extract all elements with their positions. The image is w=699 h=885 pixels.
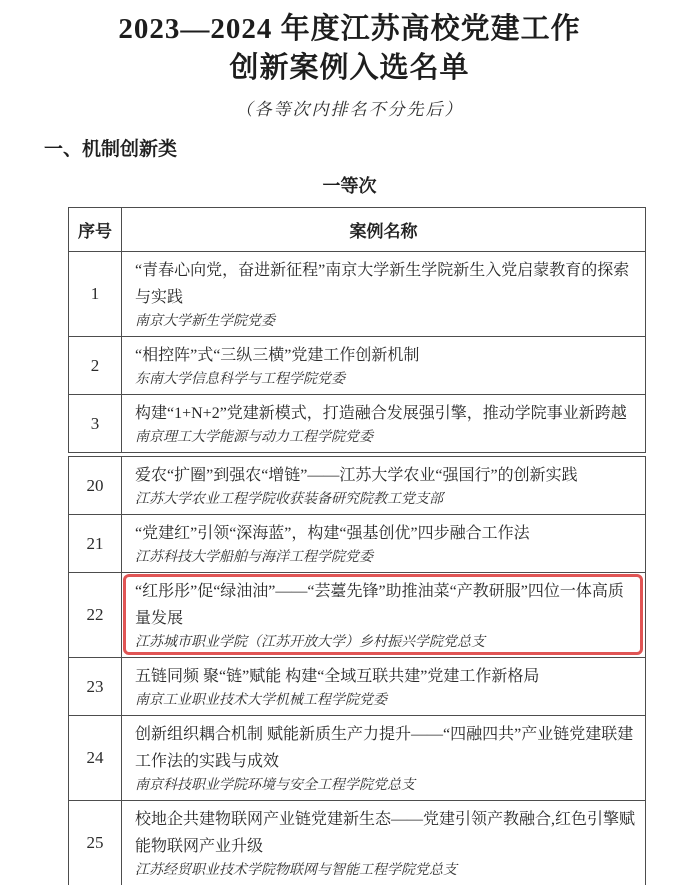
row-no: 25 bbox=[69, 801, 122, 885]
case-title: 爱农“扩圈”到强农“增链”——江苏大学农业“强国行”的创新实践 bbox=[135, 462, 635, 489]
row-no: 24 bbox=[69, 716, 122, 800]
row-no: 23 bbox=[69, 658, 122, 715]
document-title: 2023—2024 年度江苏高校党建工作 创新案例入选名单 bbox=[0, 10, 699, 88]
table-row-highlighted: 22 “红彤彤”促“绿油油”——“芸薹先锋”助推油菜“产教研服”四位一体高质量发… bbox=[69, 572, 645, 657]
case-org: 南京理工大学能源与动力工程学院党委 bbox=[135, 428, 635, 448]
row-name-cell: 校地企共建物联网产业链党建新生态——党建引领产教融合,红色引擎赋能物联网产业升级… bbox=[122, 801, 645, 885]
case-org: 南京工业职业技术大学机械工程学院党委 bbox=[135, 691, 635, 711]
table-row: 1 “青春心向党，奋进新征程”南京大学新生学院新生入党启蒙教育的探索与实践 南京… bbox=[69, 251, 645, 336]
case-title: 构建“1+N+2”党建新模式，打造融合发展强引擎，推动学院事业新跨越 bbox=[135, 400, 635, 427]
row-no: 1 bbox=[69, 252, 122, 336]
row-name-cell: 构建“1+N+2”党建新模式，打造融合发展强引擎，推动学院事业新跨越 南京理工大… bbox=[122, 395, 645, 452]
document-title-line2: 创新案例入选名单 bbox=[0, 49, 699, 88]
document-title-line1: 2023—2024 年度江苏高校党建工作 bbox=[0, 10, 699, 49]
row-name-cell: “相控阵”式“三纵三横”党建工作创新机制 东南大学信息科学与工程学院党委 bbox=[122, 337, 645, 394]
case-title: “党建红”引领“深海蓝”，构建“强基创优”四步融合工作法 bbox=[135, 520, 635, 547]
row-no: 22 bbox=[69, 573, 122, 657]
table-row: 21 “党建红”引领“深海蓝”，构建“强基创优”四步融合工作法 江苏科技大学船舶… bbox=[69, 514, 645, 572]
case-title: 五链同频 聚“链”赋能 构建“全域互联共建”党建工作新格局 bbox=[135, 663, 635, 690]
case-org: 江苏城市职业学院（江苏开放大学）乡村振兴学院党总支 bbox=[135, 633, 635, 653]
row-no: 21 bbox=[69, 515, 122, 572]
case-org: 江苏科技大学船舶与海洋工程学院党委 bbox=[135, 548, 635, 568]
row-name-cell: “党建红”引领“深海蓝”，构建“强基创优”四步融合工作法 江苏科技大学船舶与海洋… bbox=[122, 515, 645, 572]
row-no: 3 bbox=[69, 395, 122, 452]
table-row: 23 五链同频 聚“链”赋能 构建“全域互联共建”党建工作新格局 南京工业职业技… bbox=[69, 657, 645, 715]
case-title: 校地企共建物联网产业链党建新生态——党建引领产教融合,红色引擎赋能物联网产业升级 bbox=[135, 806, 635, 860]
tier-heading: 一等次 bbox=[0, 172, 699, 198]
case-org: 东南大学信息科学与工程学院党委 bbox=[135, 370, 635, 390]
row-name-cell: 创新组织耦合机制 赋能新质生产力提升——“四融四共”产业链党建联建工作法的实践与… bbox=[122, 716, 645, 800]
table-part-1: 序号 案例名称 1 “青春心向党，奋进新征程”南京大学新生学院新生入党启蒙教育的… bbox=[68, 207, 646, 453]
table-row: 3 构建“1+N+2”党建新模式，打造融合发展强引擎，推动学院事业新跨越 南京理… bbox=[69, 394, 645, 452]
table-row: 25 校地企共建物联网产业链党建新生态——党建引领产教融合,红色引擎赋能物联网产… bbox=[69, 800, 645, 885]
case-org: 江苏大学农业工程学院收获装备研究院教工党支部 bbox=[135, 490, 635, 510]
case-title: “相控阵”式“三纵三横”党建工作创新机制 bbox=[135, 342, 635, 369]
case-title: 创新组织耦合机制 赋能新质生产力提升——“四融四共”产业链党建联建工作法的实践与… bbox=[135, 721, 635, 775]
case-title: “红彤彤”促“绿油油”——“芸薹先锋”助推油菜“产教研服”四位一体高质量发展 bbox=[135, 578, 635, 632]
header-no: 序号 bbox=[69, 208, 122, 251]
row-name-cell: 爱农“扩圈”到强农“增链”——江苏大学农业“强国行”的创新实践 江苏大学农业工程… bbox=[122, 457, 645, 514]
case-title: “青春心向党，奋进新征程”南京大学新生学院新生入党启蒙教育的探索与实践 bbox=[135, 257, 635, 311]
table-row: 2 “相控阵”式“三纵三横”党建工作创新机制 东南大学信息科学与工程学院党委 bbox=[69, 336, 645, 394]
table-row: 20 爱农“扩圈”到强农“增链”——江苏大学农业“强国行”的创新实践 江苏大学农… bbox=[69, 457, 645, 514]
table-part-2: 20 爱农“扩圈”到强农“增链”——江苏大学农业“强国行”的创新实践 江苏大学农… bbox=[68, 456, 646, 885]
table-header-row: 序号 案例名称 bbox=[69, 208, 645, 251]
document-page: 2023—2024 年度江苏高校党建工作 创新案例入选名单 （各等次内排名不分先… bbox=[0, 0, 699, 885]
case-org: 南京科技职业学院环境与安全工程学院党总支 bbox=[135, 776, 635, 796]
cases-table: 序号 案例名称 1 “青春心向党，奋进新征程”南京大学新生学院新生入党启蒙教育的… bbox=[68, 207, 646, 885]
table-row: 24 创新组织耦合机制 赋能新质生产力提升——“四融四共”产业链党建联建工作法的… bbox=[69, 715, 645, 800]
row-name-cell: “红彤彤”促“绿油油”——“芸薹先锋”助推油菜“产教研服”四位一体高质量发展 江… bbox=[122, 573, 645, 657]
section-heading: 一、机制创新类 bbox=[44, 134, 699, 161]
document-subtitle: （各等次内排名不分先后） bbox=[0, 95, 699, 120]
header-name: 案例名称 bbox=[122, 208, 645, 251]
case-org: 江苏经贸职业技术学院物联网与智能工程学院党总支 bbox=[135, 861, 635, 881]
case-org: 南京大学新生学院党委 bbox=[135, 312, 635, 332]
row-no: 2 bbox=[69, 337, 122, 394]
row-name-cell: 五链同频 聚“链”赋能 构建“全域互联共建”党建工作新格局 南京工业职业技术大学… bbox=[122, 658, 645, 715]
row-name-cell: “青春心向党，奋进新征程”南京大学新生学院新生入党启蒙教育的探索与实践 南京大学… bbox=[122, 252, 645, 336]
row-no: 20 bbox=[69, 457, 122, 514]
